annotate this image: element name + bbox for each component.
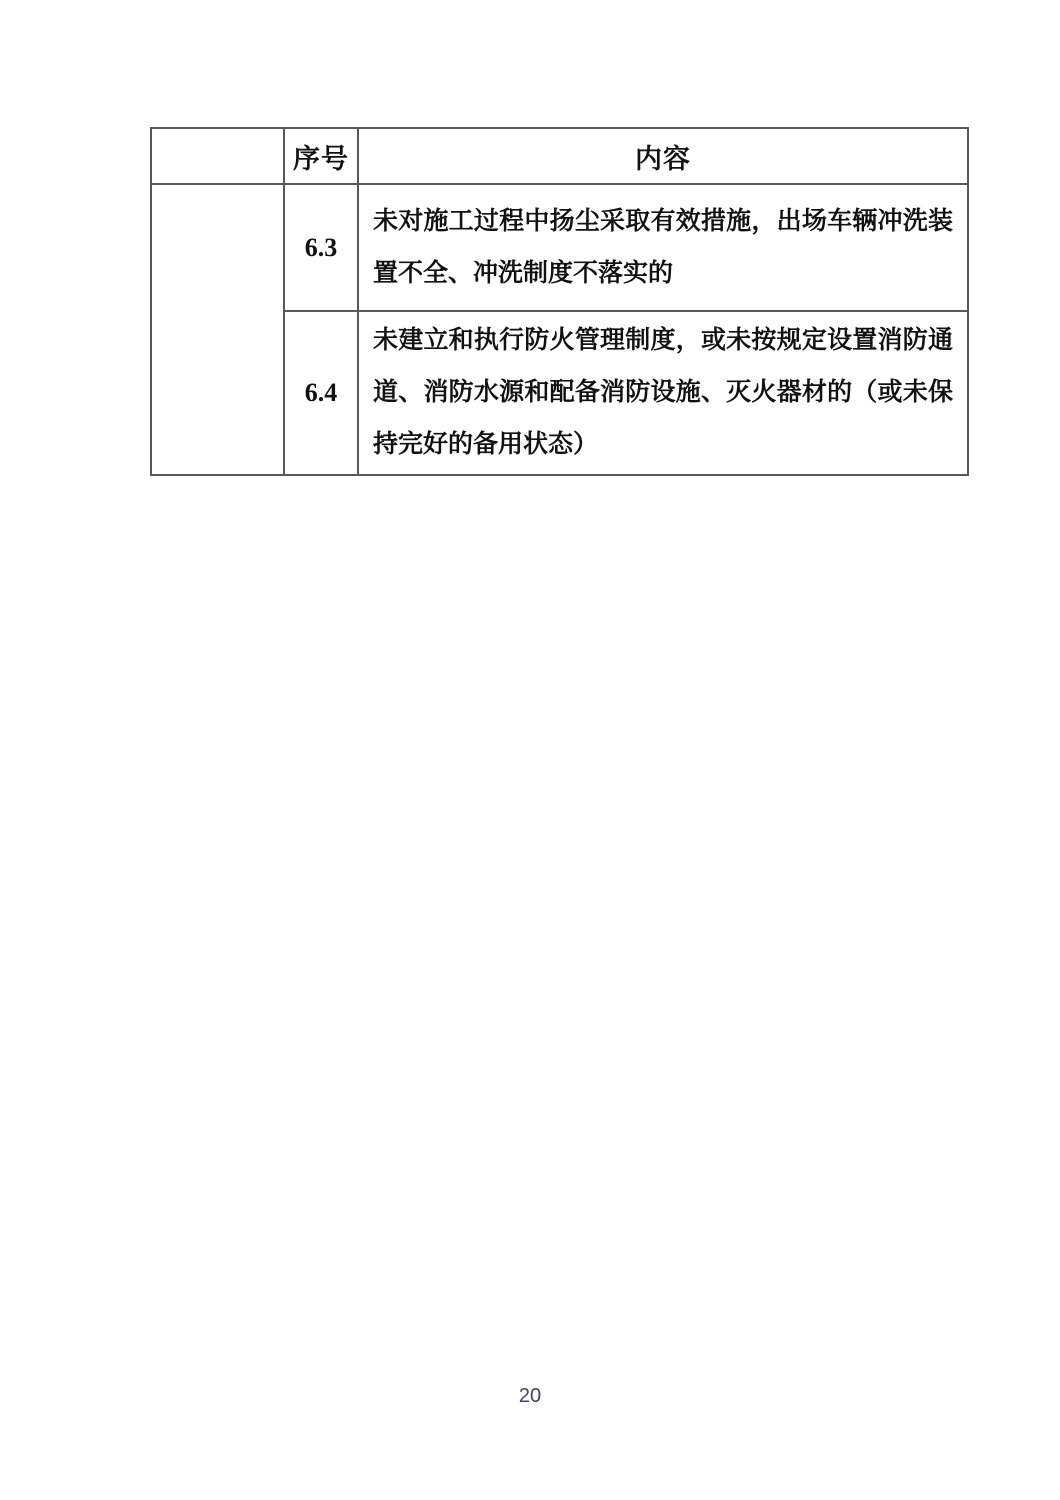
violations-table: 序号 内容 6.3 未对施工过程中扬尘采取有效措施，出场车辆冲洗装置不全、冲洗制… — [150, 127, 969, 476]
body-blank-cell — [151, 184, 284, 475]
page-number: 20 — [0, 1385, 1060, 1408]
row-content-cell: 未对施工过程中扬尘采取有效措施，出场车辆冲洗装置不全、冲洗制度不落实的 — [358, 184, 968, 311]
header-content-cell: 内容 — [358, 128, 968, 184]
document-page: 序号 内容 6.3 未对施工过程中扬尘采取有效措施，出场车辆冲洗装置不全、冲洗制… — [0, 0, 1060, 1500]
header-no-cell: 序号 — [284, 128, 358, 184]
row-content-cell: 未建立和执行防火管理制度，或未按规定设置消防通道、消防水源和配备消防设施、灭火器… — [358, 311, 968, 475]
header-blank-cell — [151, 128, 284, 184]
row-number-cell: 6.4 — [284, 311, 358, 475]
table-header-row: 序号 内容 — [151, 128, 968, 184]
row-number-cell: 6.3 — [284, 184, 358, 311]
table-row: 6.3 未对施工过程中扬尘采取有效措施，出场车辆冲洗装置不全、冲洗制度不落实的 — [151, 184, 968, 311]
